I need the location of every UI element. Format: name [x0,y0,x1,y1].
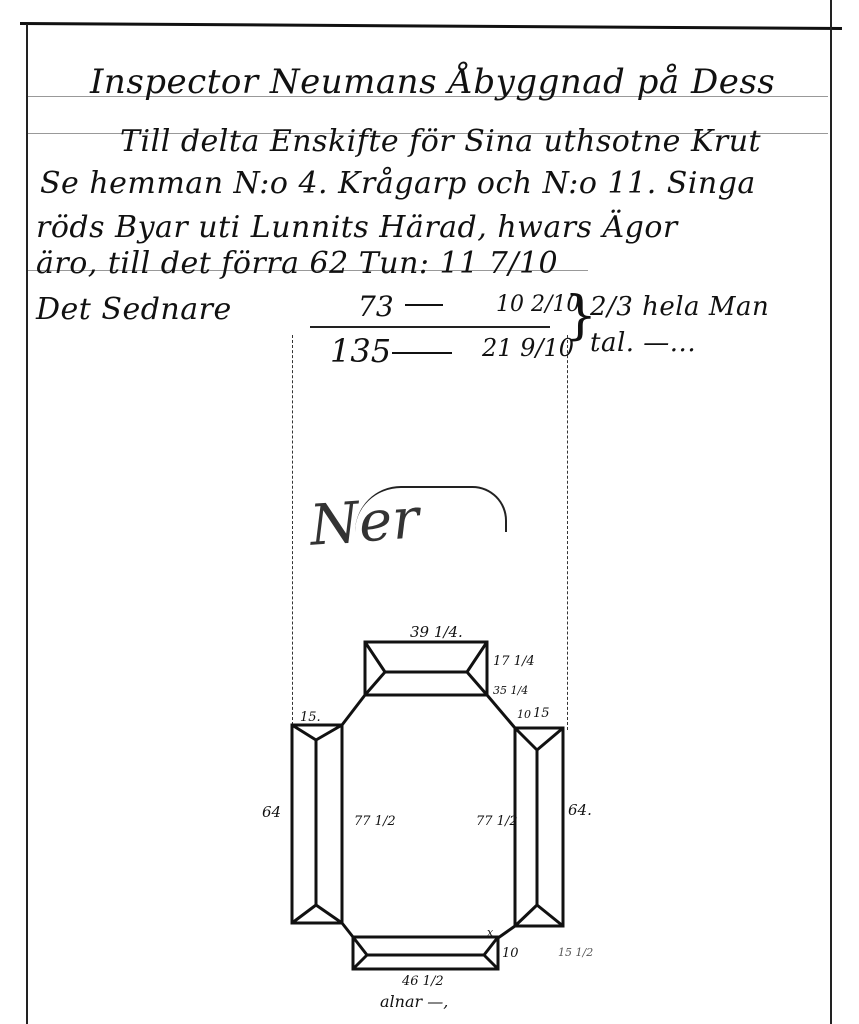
label-unit: alnar —, [380,992,448,1011]
floor-plan-diagram [0,0,859,1024]
marker-x: x [487,926,493,939]
label-right-wing-length: 64. [568,801,592,819]
label-top-wing-width: 17 1/4 [493,654,535,669]
label-diagonal: 35 1/4 [493,684,528,697]
label-right-corner: 10 [517,708,531,721]
label-inner-right: 77 1/2 [476,814,518,829]
label-bottom-wing-height: 10 [502,946,519,961]
manuscript-page: Inspector Neumans Åbyggnad på Dess Till … [0,0,859,1024]
label-left-wing-length: 64 [262,803,281,821]
label-top-wing-length: 39 1/4. [410,623,463,641]
label-inner-left: 77 1/2 [354,814,396,829]
label-left-wing-width: 15. [300,710,321,725]
label-far-right: 15 1/2 [558,946,593,959]
label-bottom-wing-length: 46 1/2 [402,974,444,989]
label-right-wing-width: 15 [533,706,550,721]
